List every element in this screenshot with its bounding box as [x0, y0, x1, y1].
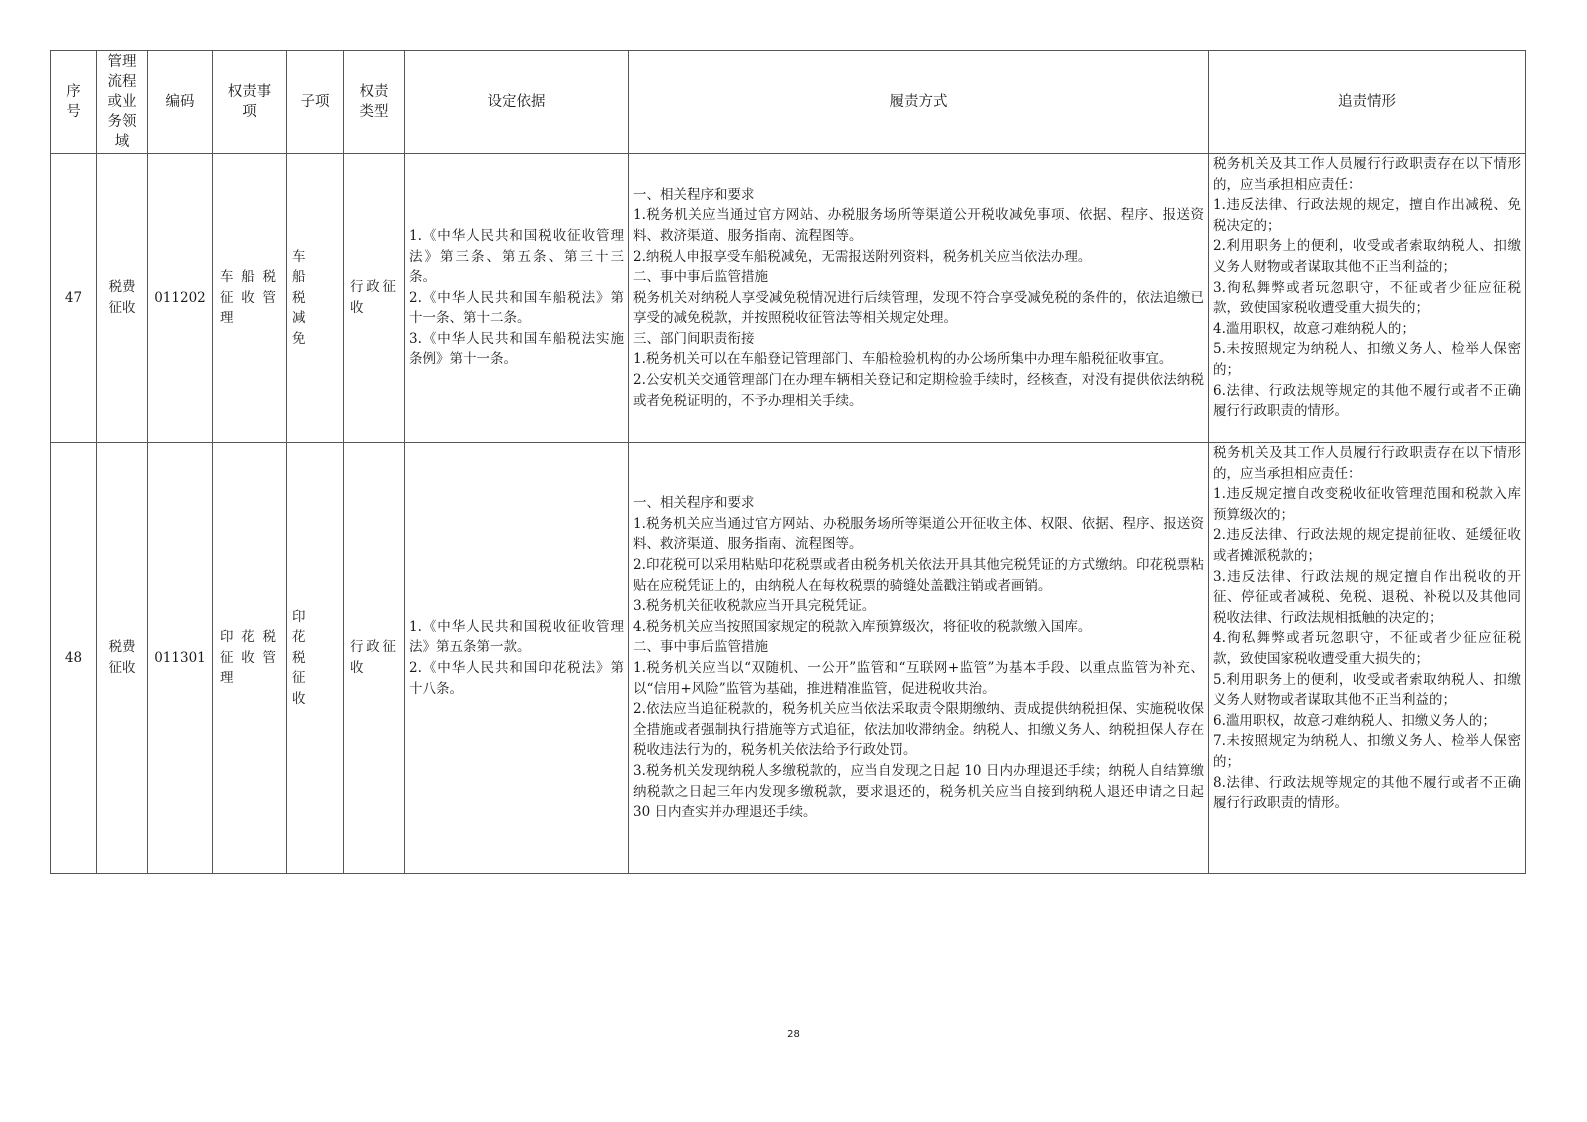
liability-line: 7.未按照规定为纳税人、扣缴义务人、检举人保密的；	[1213, 731, 1521, 772]
method-line: 2.印花税可以采用粘贴印花税票或者由税务机关依法开具其他完税凭证的方式缴纳。印花…	[633, 555, 1204, 596]
liability-intro: 税务机关及其工作人员履行行政职责存在以下情形的，应当承担相应责任：	[1213, 154, 1521, 195]
header-code: 编码	[148, 51, 213, 154]
cell-type: 行政征收	[344, 443, 405, 874]
method-section-heading: 二、事中事后监管措施	[633, 267, 1204, 288]
method-line: 1.税务机关可以在车船登记管理部门、车船检验机构的办公场所集中办理车船税征收事宜…	[633, 349, 1204, 370]
method-section-heading: 一、相关程序和要求	[633, 493, 1204, 514]
cell-serial-no: 47	[51, 154, 97, 443]
cell-serial-no: 48	[51, 443, 97, 874]
liability-line: 2.利用职务上的便利，收受或者索取纳税人、扣缴义务人财物或者谋取其他不正当利益的…	[1213, 236, 1521, 277]
cell-item: 车船税征收管理	[213, 154, 287, 443]
header-type: 权责类型	[344, 51, 405, 154]
cell-domain: 税费征收	[97, 443, 148, 874]
header-item: 权责事项	[213, 51, 287, 154]
table-row: 48 税费征收 011301 印花税征收管理 印花税征收 行政征收 1.《中华人…	[51, 443, 1526, 874]
liability-line: 5.利用职务上的便利，收受或者索取纳税人、扣缴义务人财物或者谋取其他不正当利益的…	[1213, 670, 1521, 711]
cell-method: 一、相关程序和要求 1.税务机关应当通过官方网站、办税服务场所等渠道公开税收减免…	[629, 154, 1209, 443]
method-line: 2.公安机关交通管理部门在办理车辆相关登记和定期检验手续时，经核查，对没有提供依…	[633, 370, 1204, 411]
header-serial-no: 序号	[51, 51, 97, 154]
liability-line: 4.滥用职权，故意刁难纳税人的；	[1213, 319, 1521, 340]
liability-line: 6.滥用职权，故意刁难纳税人、扣缴义务人的；	[1213, 711, 1521, 732]
liability-line: 1.违反法律、行政法规的规定，擅自作出减税、免税决定的；	[1213, 195, 1521, 236]
header-basis: 设定依据	[405, 51, 629, 154]
cell-liability: 税务机关及其工作人员履行行政职责存在以下情形的，应当承担相应责任： 1.违反规定…	[1209, 443, 1526, 874]
basis-line: 3.《中华人民共和国车船税法实施条例》第十一条。	[409, 329, 624, 370]
liability-line: 3.徇私舞弊或者玩忽职守，不征或者少征应征税款，致使国家税收遭受重大损失的；	[1213, 278, 1521, 319]
liability-line: 1.违反规定擅自改变税收征收管理范围和税款入库预算级次的；	[1213, 484, 1521, 525]
method-section-heading: 二、事中事后监管措施	[633, 637, 1204, 658]
cell-type: 行政征收	[344, 154, 405, 443]
liability-line: 2.违反法律、行政法规的规定提前征收、延缓征收或者摊派税款的；	[1213, 525, 1521, 566]
liability-line: 5.未按照规定为纳税人、扣缴义务人、检举人保密的；	[1213, 339, 1521, 380]
method-line: 2.纳税人申报享受车船税减免，无需报送附列资料，税务机关应当依法办理。	[633, 247, 1204, 268]
cell-domain: 税费征收	[97, 154, 148, 443]
method-line: 1.税务机关应当通过官方网站、办税服务场所等渠道公开税收减免事项、依据、程序、报…	[633, 205, 1204, 246]
cell-basis: 1.《中华人民共和国税收征收管理法》第五条第一款。 2.《中华人民共和国印花税法…	[405, 443, 629, 874]
cell-method: 一、相关程序和要求 1.税务机关应当通过官方网站、办税服务场所等渠道公开征收主体…	[629, 443, 1209, 874]
header-domain: 管理流程或业务领域	[97, 51, 148, 154]
method-line: 3.税务机关征收税款应当开具完税凭证。	[633, 596, 1204, 617]
header-method: 履责方式	[629, 51, 1209, 154]
cell-subitem: 车船税减免	[287, 154, 344, 443]
liability-intro: 税务机关及其工作人员履行行政职责存在以下情形的，应当承担相应责任：	[1213, 443, 1521, 484]
method-line: 1.税务机关应当通过官方网站、办税服务场所等渠道公开征收主体、权限、依据、程序、…	[633, 514, 1204, 555]
header-subitem: 子项	[287, 51, 344, 154]
basis-line: 2.《中华人民共和国印花税法》第十八条。	[409, 658, 624, 699]
method-line: 4.税务机关应当按照国家规定的税款入库预算级次，将征收的税款缴入国库。	[633, 617, 1204, 638]
cell-code: 011301	[148, 443, 213, 874]
basis-line: 1.《中华人民共和国税收征收管理法》第三条、第五条、第三十三条。	[409, 226, 624, 288]
cell-code: 011202	[148, 154, 213, 443]
cell-subitem: 印花税征收	[287, 443, 344, 874]
liability-line: 3.违反法律、行政法规的规定擅自作出税收的开征、停征或者减税、免税、退税、补税以…	[1213, 567, 1521, 629]
basis-line: 1.《中华人民共和国税收征收管理法》第五条第一款。	[409, 617, 624, 658]
method-section-heading: 一、相关程序和要求	[633, 185, 1204, 206]
table-row: 47 税费征收 011202 车船税征收管理 车船税减免 行政征收 1.《中华人…	[51, 154, 1526, 443]
method-line: 税务机关对纳税人享受减免税情况进行后续管理，发现不符合享受减免税的条件的，依法追…	[633, 288, 1204, 329]
table-header-row: 序号 管理流程或业务领域 编码 权责事项 子项 权责类型 设定依据 履责方式 追…	[51, 51, 1526, 154]
cell-basis: 1.《中华人民共和国税收征收管理法》第三条、第五条、第三十三条。 2.《中华人民…	[405, 154, 629, 443]
page-number: 28	[0, 1029, 1587, 1040]
method-line: 2.依法应当追征税款的，税务机关应当依法采取责令限期缴纳、责成提供纳税担保、实施…	[633, 699, 1204, 761]
cell-item: 印花税征收管理	[213, 443, 287, 874]
liability-line: 4.徇私舞弊或者玩忽职守，不征或者少征应征税款，致使国家税收遭受重大损失的；	[1213, 628, 1521, 669]
cell-liability: 税务机关及其工作人员履行行政职责存在以下情形的，应当承担相应责任： 1.违反法律…	[1209, 154, 1526, 443]
liability-line: 8.法律、行政法规等规定的其他不履行或者不正确履行行政职责的情形。	[1213, 773, 1521, 814]
method-line: 1.税务机关应当以“双随机、一公开”监管和“互联网+监管”为基本手段、以重点监管…	[633, 658, 1204, 699]
responsibility-table: 序号 管理流程或业务领域 编码 权责事项 子项 权责类型 设定依据 履责方式 追…	[50, 50, 1526, 874]
header-liability: 追责情形	[1209, 51, 1526, 154]
basis-line: 2.《中华人民共和国车船税法》第十一条、第十二条。	[409, 288, 624, 329]
method-section-heading: 三、部门间职责衔接	[633, 329, 1204, 350]
method-line: 3.税务机关发现纳税人多缴税款的，应当自发现之日起 10 日内办理退还手续；纳税…	[633, 761, 1204, 823]
liability-line: 6.法律、行政法规等规定的其他不履行或者不正确履行行政职责的情形。	[1213, 381, 1521, 422]
